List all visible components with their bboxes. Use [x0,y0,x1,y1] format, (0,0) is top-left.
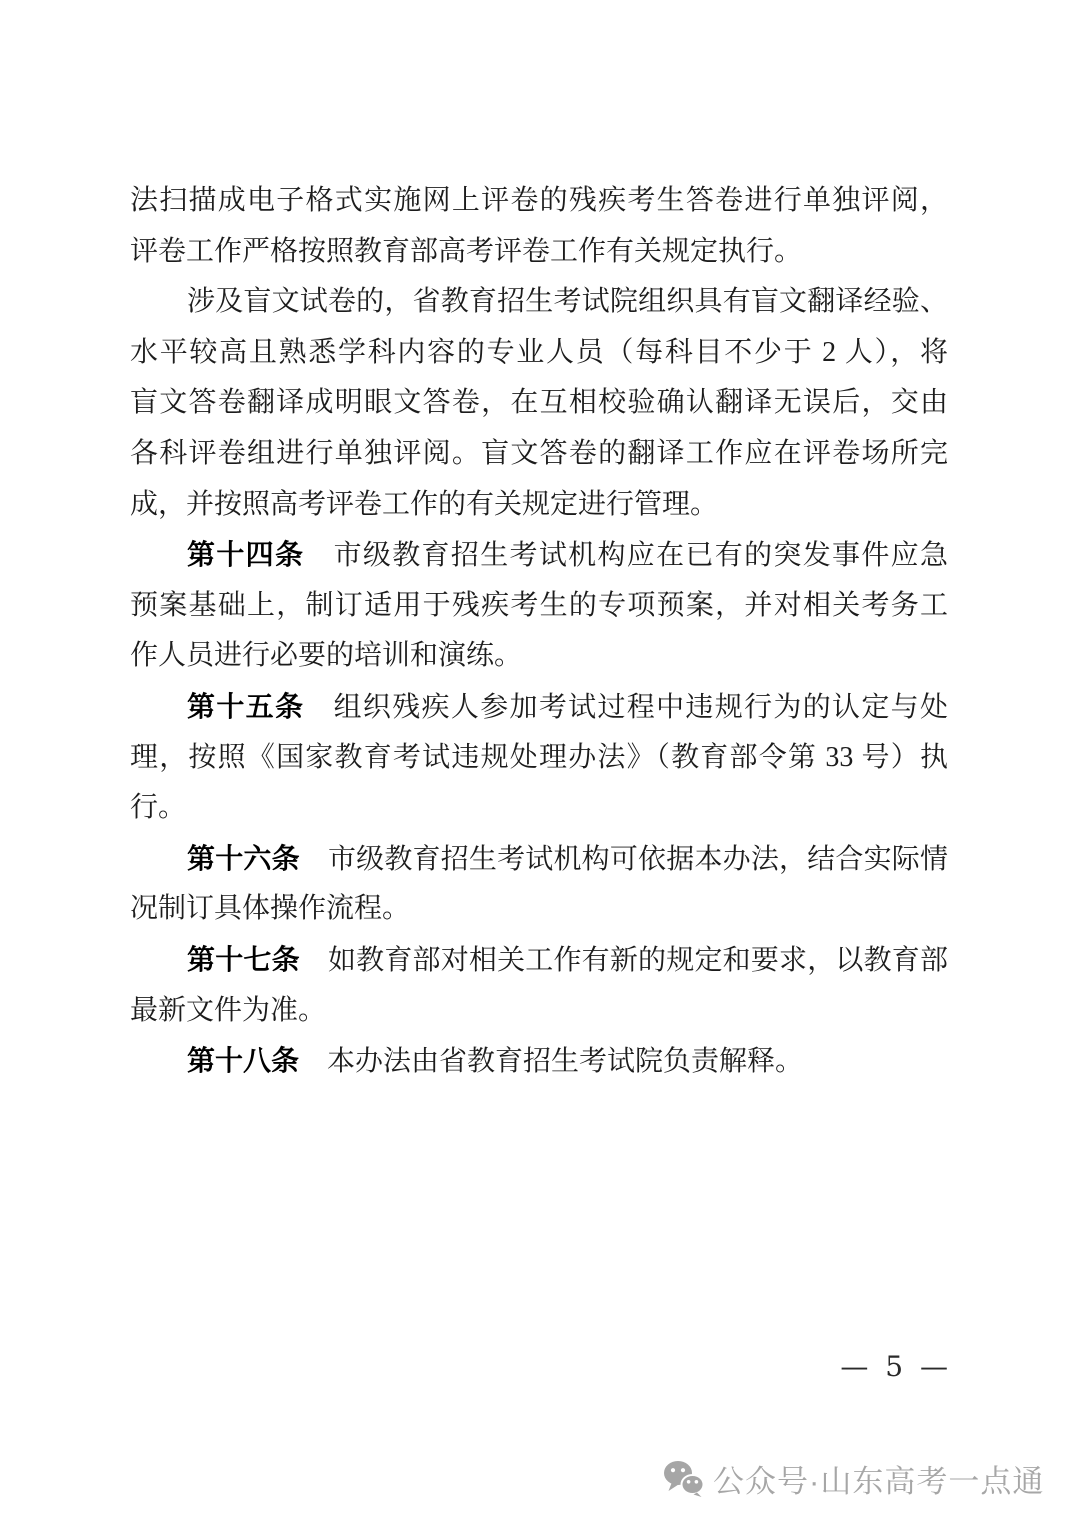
article-number: 第十五条 [187,691,304,722]
article-number: 第十七条 [187,944,300,975]
document-line: 盲文答卷翻译成明眼文答卷，在互相校验确认翻译无误后，交由 [130,378,948,429]
line-text: 作人员进行必要的培训和演练。 [130,640,522,671]
document-line: 作人员进行必要的培训和演练。 [130,631,948,682]
line-text: 最新文件为准。 [130,995,326,1026]
line-text: 本办法由省教育招生考试院负责解释。 [299,1046,803,1077]
document-line: 第十六条 市级教育招生考试机构可依据本办法，结合实际情 [130,834,948,885]
article-number: 第十八条 [187,1045,299,1076]
document-line: 最新文件为准。 [130,986,948,1037]
watermark-text: 公众号·山东高考一点通 [713,1456,1044,1501]
line-text: 行。 [130,792,186,823]
document-line: 涉及盲文试卷的，省教育招生考试院组织具有盲文翻译经验、 [130,277,948,328]
line-text: 组织残疾人参加考试过程中违规行为的认定与处 [304,692,948,723]
document-line: 评卷工作严格按照教育部高考评卷工作有关规定执行。 [130,227,948,278]
article-number: 第十六条 [187,843,300,874]
document-line: 成，并按照高考评卷工作的有关规定进行管理。 [130,480,948,531]
document-line: 行。 [130,783,948,834]
line-text: 理，按照《国家教育考试违规处理办法》（教育部令第 33 号）执 [130,742,948,773]
document-line: 况制订具体操作流程。 [130,884,948,935]
document-line: 第十七条 如教育部对相关工作有新的规定和要求，以教育部 [130,935,948,986]
line-text: 市级教育招生考试机构应在已有的突发事件应急 [304,540,948,571]
line-text: 法扫描成电子格式实施网上评卷的残疾考生答卷进行单独评阅， [130,185,948,216]
document-line: 法扫描成电子格式实施网上评卷的残疾考生答卷进行单独评阅， [130,176,948,227]
line-text: 成，并按照高考评卷工作的有关规定进行管理。 [130,489,718,520]
document-line: 第十五条 组织残疾人参加考试过程中违规行为的认定与处 [130,682,948,733]
line-text: 水平较高且熟悉学科内容的专业人员（每科目不少于 2 人），将 [130,337,948,368]
document-line: 第十八条 本办法由省教育招生考试院负责解释。 [130,1036,948,1087]
document-body: 法扫描成电子格式实施网上评卷的残疾考生答卷进行单独评阅，评卷工作严格按照教育部高… [130,176,948,1087]
watermark: 公众号·山东高考一点通 [663,1456,1044,1501]
document-line: 各科评卷组进行单独评阅。盲文答卷的翻译工作应在评卷场所完 [130,429,948,480]
document-line: 预案基础上，制订适用于残疾考生的专项预案，并对相关考务工 [130,581,948,632]
document-line: 理，按照《国家教育考试违规处理办法》（教育部令第 33 号）执 [130,733,948,784]
article-number: 第十四条 [187,539,304,570]
document-line: 水平较高且熟悉学科内容的专业人员（每科目不少于 2 人），将 [130,328,948,379]
document-line: 第十四条 市级教育招生考试机构应在已有的突发事件应急 [130,530,948,581]
line-text: 盲文答卷翻译成明眼文答卷，在互相校验确认翻译无误后，交由 [130,387,948,418]
line-text: 市级教育招生考试机构可依据本办法，结合实际情 [300,844,948,875]
line-text: 如教育部对相关工作有新的规定和要求，以教育部 [300,945,948,976]
line-text: 涉及盲文试卷的，省教育招生考试院组织具有盲文翻译经验、 [187,286,948,317]
document-page: 法扫描成电子格式实施网上评卷的残疾考生答卷进行单独评阅，评卷工作严格按照教育部高… [0,0,1080,1527]
line-text: 评卷工作严格按照教育部高考评卷工作有关规定执行。 [130,236,802,267]
line-text: 各科评卷组进行单独评阅。盲文答卷的翻译工作应在评卷场所完 [130,438,948,469]
wechat-icon [663,1460,704,1497]
line-text: 况制订具体操作流程。 [130,893,410,924]
line-text: 预案基础上，制订适用于残疾考生的专项预案，并对相关考务工 [130,590,948,621]
page-number: — 5 — [840,1350,952,1383]
